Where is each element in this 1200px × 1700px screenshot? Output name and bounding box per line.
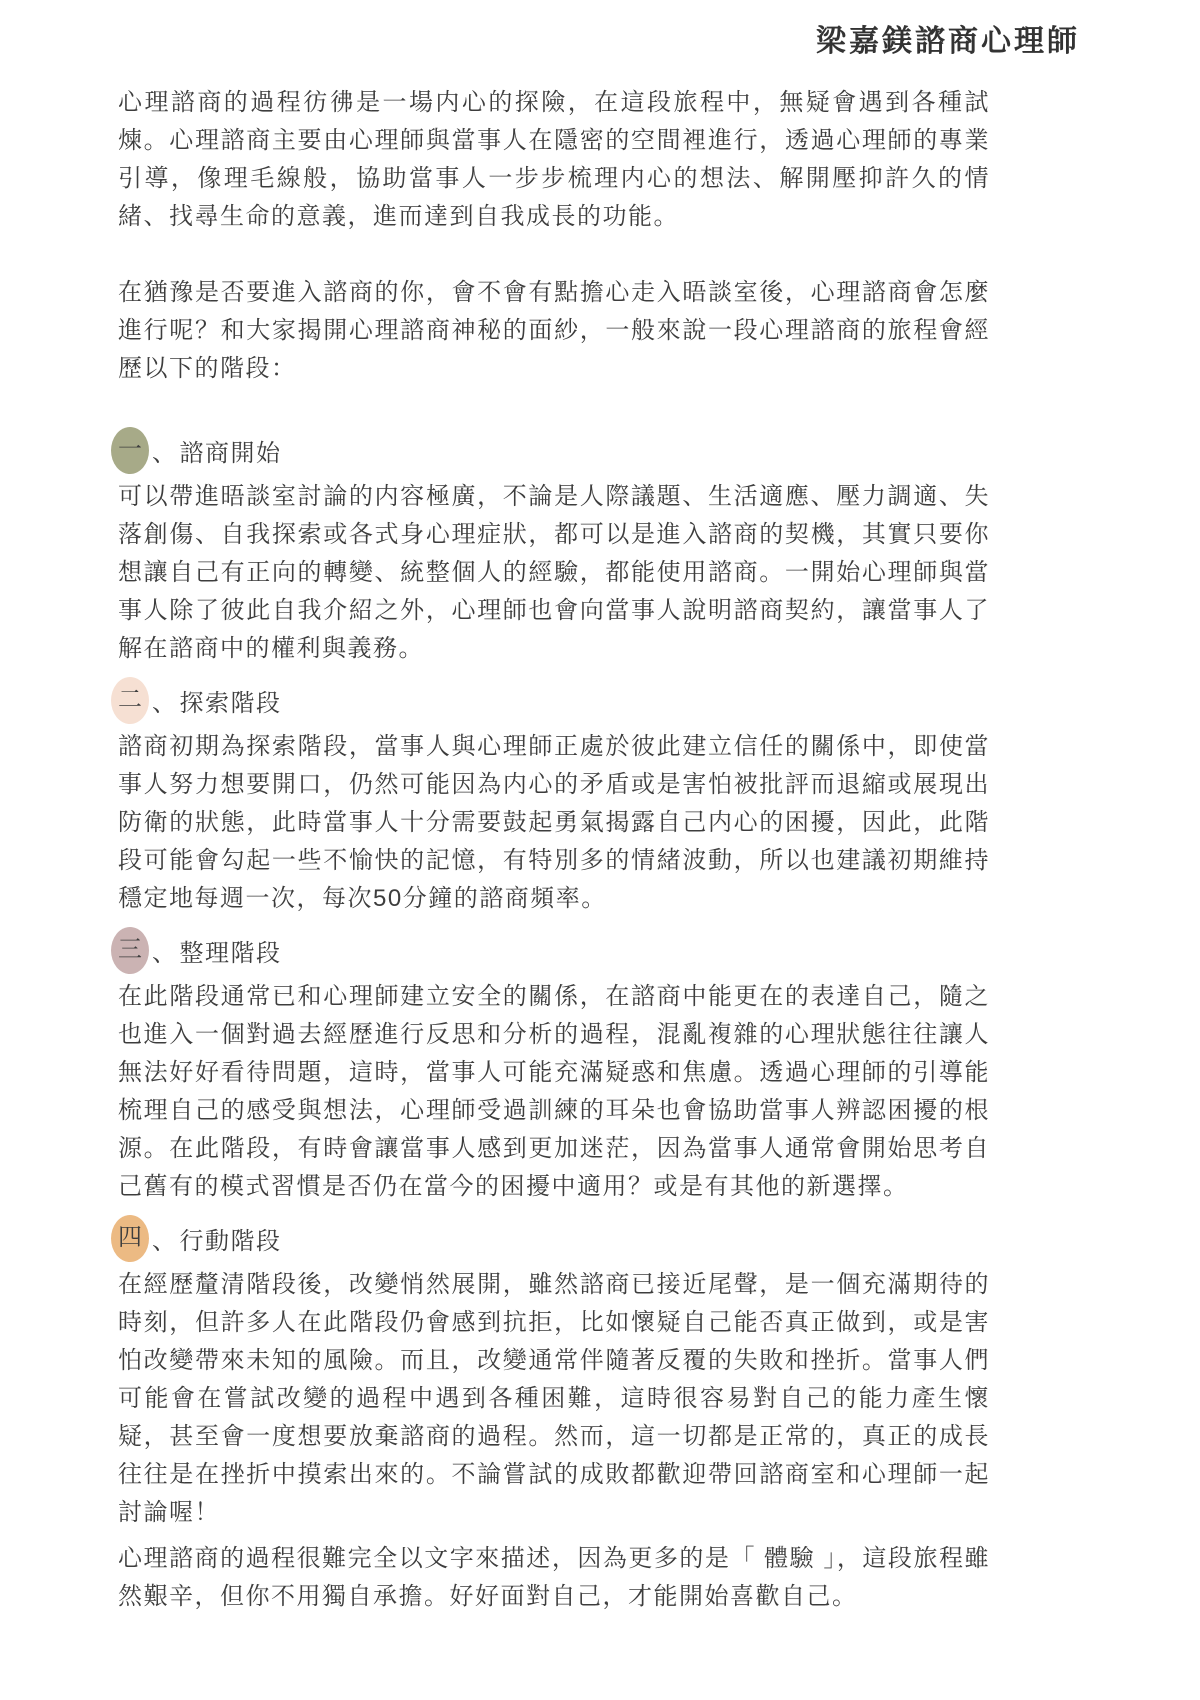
section-4-number: 四 — [118, 1224, 142, 1251]
article-body: 心理諮商的過程彷彿是一場内心的探險，在這段旅程中，無疑會遇到各種試煉。心理諮商主… — [118, 84, 990, 1654]
section-4-title: 行動階段 — [180, 1221, 282, 1256]
section-4-number-wrap: 四 — [118, 1214, 146, 1262]
intro-paragraph-1: 心理諮商的過程彷彿是一場内心的探險，在這段旅程中，無疑會遇到各種試煉。心理諮商主… — [118, 84, 990, 236]
section-1-number-wrap: 一 — [118, 426, 146, 474]
section-3-body: 在此階段通常已和心理師建立安全的關係，在諮商中能更在的表達自己，隨之也進入一個對… — [118, 978, 990, 1206]
section-3-heading: 三 、 整理階段 — [118, 926, 990, 974]
section-4-separator: 、 — [152, 1221, 178, 1256]
section-3-title: 整理階段 — [180, 933, 282, 968]
section-4: 四 、 行動階段 在經歷釐清階段後，改變悄然展開，雖然諮商已接近尾聲，是一個充滿… — [118, 1214, 990, 1532]
article-page: 梁嘉鎂諮商心理師 心理諮商的過程彷彿是一場内心的探險，在這段旅程中，無疑會遇到各… — [0, 0, 1200, 1700]
intro-paragraph-2: 在猶豫是否要進入諮商的你，會不會有點擔心走入晤談室後，心理諮商會怎麼進行呢？和大… — [118, 274, 990, 388]
section-4-body: 在經歷釐清階段後，改變悄然展開，雖然諮商已接近尾聲，是一個充滿期待的時刻，但許多… — [118, 1266, 990, 1532]
section-3-separator: 、 — [152, 933, 178, 968]
section-1-title: 諮商開始 — [180, 433, 282, 468]
section-2-number: 二 — [118, 686, 142, 713]
section-2-number-wrap: 二 — [118, 676, 146, 724]
section-4-heading: 四 、 行動階段 — [118, 1214, 990, 1262]
closing-paragraph: 心理諮商的過程很難完全以文字來描述，因為更多的是「 體驗 」，這段旅程雖然艱辛，… — [118, 1540, 990, 1616]
section-1: 一 、 諮商開始 可以帶進晤談室討論的内容極廣，不論是人際議題、生活適應、壓力調… — [118, 426, 990, 668]
section-2: 二 、 探索階段 諮商初期為探索階段，當事人與心理師正處於彼此建立信任的關係中，… — [118, 676, 990, 918]
section-2-heading: 二 、 探索階段 — [118, 676, 990, 724]
section-3-number-wrap: 三 — [118, 926, 146, 974]
section-1-heading: 一 、 諮商開始 — [118, 426, 990, 474]
author-title: 梁嘉鎂諮商心理師 — [816, 16, 1080, 60]
section-2-title: 探索階段 — [180, 683, 282, 718]
section-2-body: 諮商初期為探索階段，當事人與心理師正處於彼此建立信任的關係中，即使當事人努力想要… — [118, 728, 990, 918]
section-1-number: 一 — [118, 436, 142, 463]
section-1-separator: 、 — [152, 433, 178, 468]
section-2-separator: 、 — [152, 683, 178, 718]
section-3: 三 、 整理階段 在此階段通常已和心理師建立安全的關係，在諮商中能更在的表達自己… — [118, 926, 990, 1206]
section-1-body: 可以帶進晤談室討論的内容極廣，不論是人際議題、生活適應、壓力調適、失落創傷、自我… — [118, 478, 990, 668]
section-3-number: 三 — [118, 936, 142, 963]
